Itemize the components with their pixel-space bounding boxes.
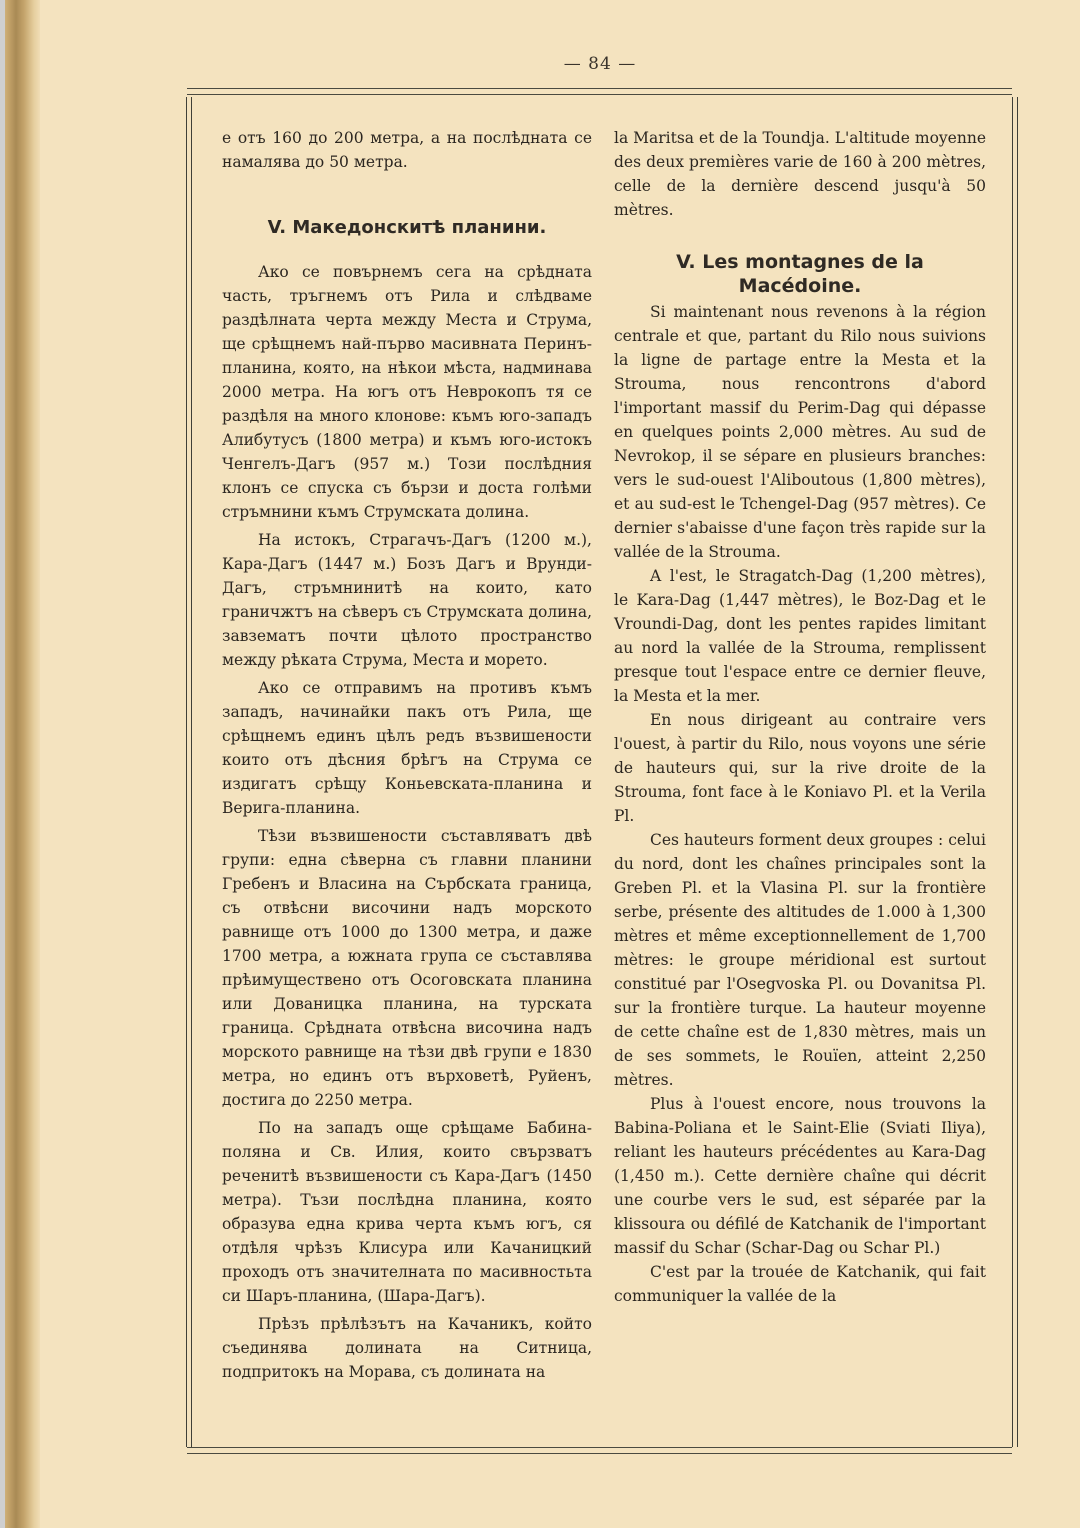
bulgarian-column: е отъ 160 до 200 метра, а на послѣдната …: [222, 126, 592, 1388]
page-number: — 84 —: [0, 54, 1080, 74]
frame-left-rule: [186, 97, 192, 1447]
frame-bottom-rule: [187, 1447, 1012, 1454]
french-paragraph: Plus à l'ouest encore, nous trouvons la …: [614, 1092, 986, 1260]
bulgarian-paragraph: Ако се отправимъ на противъ къмъ западъ,…: [222, 676, 592, 820]
french-paragraph: C'est par la trouée de Katchanik, qui fa…: [614, 1260, 986, 1308]
bulgarian-paragraph: Тѣзи възвишености съставляватъ двѣ групи…: [222, 824, 592, 1112]
frame-top-rule: [187, 88, 1012, 95]
french-intro: la Maritsa et de la Toundja. L'altitude …: [614, 126, 986, 222]
bulgarian-paragraph: Ако се повърнемъ сега на срѣдната часть,…: [222, 260, 592, 524]
french-section-heading: V. Les montagnes de la Macédoine.: [614, 250, 986, 298]
french-paragraph: Si maintenant nous revenons à la région …: [614, 300, 986, 564]
bulgarian-intro: е отъ 160 до 200 метра, а на послѣдната …: [222, 126, 592, 174]
bulgarian-paragraph: Прѣзъ прѣлѣзътъ на Качаникъ, който съеди…: [222, 1312, 592, 1384]
bulgarian-paragraph: По на западъ още срѣщаме Бабина-поляна и…: [222, 1116, 592, 1308]
frame-right-rule: [1012, 97, 1018, 1447]
bulgarian-paragraph: На истокъ, Страгачъ-Дагъ (1200 м.), Кара…: [222, 528, 592, 672]
book-spine-shadow: [0, 0, 40, 1528]
french-paragraph: En nous dirigeant au contraire vers l'ou…: [614, 708, 986, 828]
french-column: la Maritsa et de la Toundja. L'altitude …: [614, 126, 986, 1308]
french-paragraph: Ces hauteurs forment deux groupes : celu…: [614, 828, 986, 1092]
scan-edge: [0, 0, 5, 1528]
bulgarian-section-heading: V. Македонскитѣ планини.: [222, 216, 592, 240]
french-paragraph: A l'est, le Stragatch-Dag (1,200 mètres)…: [614, 564, 986, 708]
